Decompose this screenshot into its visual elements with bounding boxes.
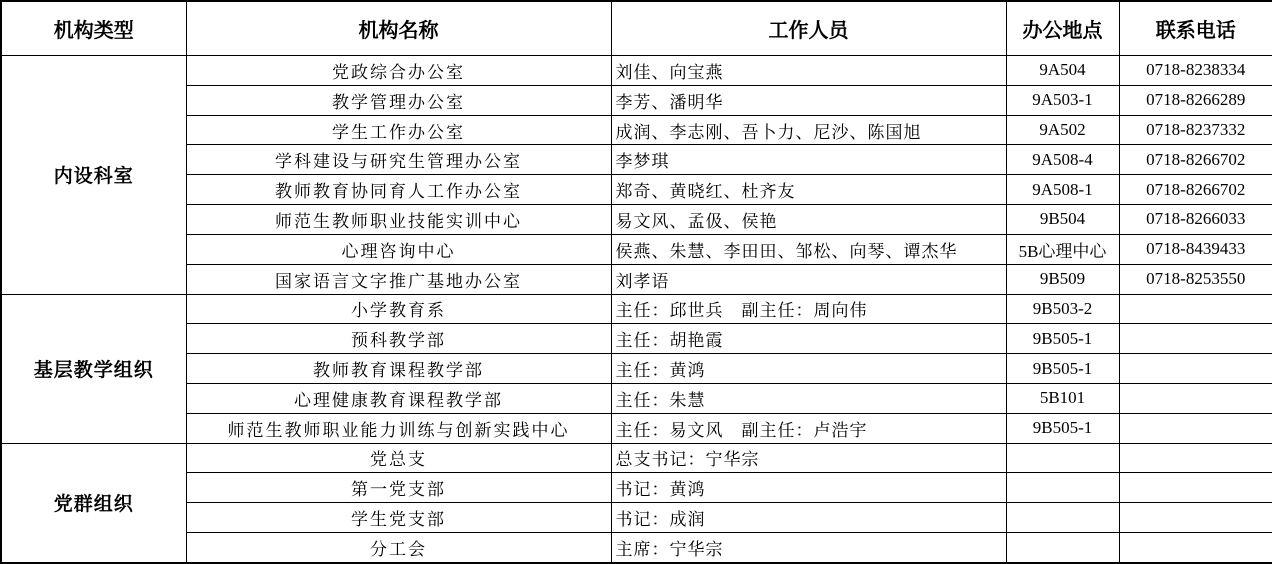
phone-cell: 0718-8238334 bbox=[1119, 56, 1272, 86]
table-row: 学生党支部 书记：成润 bbox=[1, 503, 1272, 533]
location-cell: 5B心理中心 bbox=[1006, 234, 1119, 264]
location-cell: 9B505-1 bbox=[1006, 413, 1119, 443]
table-row: 学科建设与研究生管理办公室 李梦琪 9A508-4 0718-8266702 bbox=[1, 145, 1272, 175]
phone-cell: 0718-8266702 bbox=[1119, 145, 1272, 175]
org-name-cell: 学科建设与研究生管理办公室 bbox=[186, 145, 611, 175]
staff-cell: 主席：宁华宗 bbox=[611, 533, 1006, 564]
location-cell: 9B503-2 bbox=[1006, 294, 1119, 324]
location-cell: 9A502 bbox=[1006, 115, 1119, 145]
location-cell: 5B101 bbox=[1006, 383, 1119, 413]
table-row: 党群组织 党总支 总支书记：宁华宗 bbox=[1, 443, 1272, 473]
phone-cell bbox=[1119, 324, 1272, 354]
org-name-cell: 师范生教师职业能力训练与创新实践中心 bbox=[186, 413, 611, 443]
table-row: 师范生教师职业技能实训中心 易文风、孟伋、侯艳 9B504 0718-82660… bbox=[1, 205, 1272, 235]
table-row: 国家语言文字推广基地办公室 刘孝语 9B509 0718-8253550 bbox=[1, 264, 1272, 294]
table-row: 分工会 主席：宁华宗 bbox=[1, 533, 1272, 564]
staff-cell: 易文风、孟伋、侯艳 bbox=[611, 205, 1006, 235]
location-cell bbox=[1006, 443, 1119, 473]
table-row: 心理咨询中心 侯燕、朱慧、李田田、邹松、向琴、谭杰华 5B心理中心 0718-8… bbox=[1, 234, 1272, 264]
table-row: 第一党支部 书记：黄鸿 bbox=[1, 473, 1272, 503]
org-name-cell: 预科教学部 bbox=[186, 324, 611, 354]
phone-cell bbox=[1119, 294, 1272, 324]
location-cell: 9B504 bbox=[1006, 205, 1119, 235]
location-cell: 9A508-1 bbox=[1006, 175, 1119, 205]
staff-cell: 李梦琪 bbox=[611, 145, 1006, 175]
location-cell bbox=[1006, 503, 1119, 533]
phone-cell bbox=[1119, 533, 1272, 564]
phone-cell: 0718-8237332 bbox=[1119, 115, 1272, 145]
group-label-party-orgs: 党群组织 bbox=[1, 443, 186, 563]
org-name-cell: 心理健康教育课程教学部 bbox=[186, 383, 611, 413]
phone-cell: 0718-8266033 bbox=[1119, 205, 1272, 235]
org-name-cell: 学生党支部 bbox=[186, 503, 611, 533]
staff-cell: 主任：邱世兵 副主任：周向伟 bbox=[611, 294, 1006, 324]
column-header-org-type: 机构类型 bbox=[1, 1, 186, 56]
table-row: 心理健康教育课程教学部 主任：朱慧 5B101 bbox=[1, 383, 1272, 413]
location-cell bbox=[1006, 473, 1119, 503]
phone-cell bbox=[1119, 413, 1272, 443]
phone-cell bbox=[1119, 354, 1272, 384]
staff-cell: 主任：黄鸿 bbox=[611, 354, 1006, 384]
phone-cell bbox=[1119, 443, 1272, 473]
org-name-cell: 党政综合办公室 bbox=[186, 56, 611, 86]
table-row: 教学管理办公室 李芳、潘明华 9A503-1 0718-8266289 bbox=[1, 85, 1272, 115]
org-name-cell: 党总支 bbox=[186, 443, 611, 473]
table-body: 内设科室 党政综合办公室 刘佳、向宝燕 9A504 0718-8238334 教… bbox=[1, 56, 1272, 564]
group-label-teaching-orgs: 基层教学组织 bbox=[1, 294, 186, 443]
table-row: 教师教育课程教学部 主任：黄鸿 9B505-1 bbox=[1, 354, 1272, 384]
org-name-cell: 教师教育协同育人工作办公室 bbox=[186, 175, 611, 205]
phone-cell: 0718-8266289 bbox=[1119, 85, 1272, 115]
org-name-cell: 教师教育课程教学部 bbox=[186, 354, 611, 384]
staff-cell: 刘孝语 bbox=[611, 264, 1006, 294]
location-cell: 9A508-4 bbox=[1006, 145, 1119, 175]
table-header: 机构类型 机构名称 工作人员 办公地点 联系电话 bbox=[1, 1, 1272, 56]
phone-cell: 0718-8253550 bbox=[1119, 264, 1272, 294]
phone-cell bbox=[1119, 503, 1272, 533]
table-row: 教师教育协同育人工作办公室 郑奇、黄晓红、杜齐友 9A508-1 0718-82… bbox=[1, 175, 1272, 205]
location-cell: 9A504 bbox=[1006, 56, 1119, 86]
column-header-phone: 联系电话 bbox=[1119, 1, 1272, 56]
column-header-staff: 工作人员 bbox=[611, 1, 1006, 56]
table-row: 学生工作办公室 成润、李志刚、吾卜力、尼沙、陈国旭 9A502 0718-823… bbox=[1, 115, 1272, 145]
table-row: 基层教学组织 小学教育系 主任：邱世兵 副主任：周向伟 9B503-2 bbox=[1, 294, 1272, 324]
table-row: 内设科室 党政综合办公室 刘佳、向宝燕 9A504 0718-8238334 bbox=[1, 56, 1272, 86]
location-cell: 9B505-1 bbox=[1006, 324, 1119, 354]
org-name-cell: 学生工作办公室 bbox=[186, 115, 611, 145]
org-name-cell: 师范生教师职业技能实训中心 bbox=[186, 205, 611, 235]
staff-cell: 侯燕、朱慧、李田田、邹松、向琴、谭杰华 bbox=[611, 234, 1006, 264]
location-cell: 9A503-1 bbox=[1006, 85, 1119, 115]
organization-table: 机构类型 机构名称 工作人员 办公地点 联系电话 内设科室 党政综合办公室 刘佳… bbox=[0, 0, 1272, 564]
location-cell: 9B505-1 bbox=[1006, 354, 1119, 384]
location-cell bbox=[1006, 533, 1119, 564]
group-label-internal-offices: 内设科室 bbox=[1, 56, 186, 295]
staff-cell: 成润、李志刚、吾卜力、尼沙、陈国旭 bbox=[611, 115, 1006, 145]
staff-cell: 李芳、潘明华 bbox=[611, 85, 1006, 115]
location-cell: 9B509 bbox=[1006, 264, 1119, 294]
staff-cell: 刘佳、向宝燕 bbox=[611, 56, 1006, 86]
staff-cell: 主任：胡艳霞 bbox=[611, 324, 1006, 354]
org-name-cell: 分工会 bbox=[186, 533, 611, 564]
column-header-location: 办公地点 bbox=[1006, 1, 1119, 56]
phone-cell: 0718-8439433 bbox=[1119, 234, 1272, 264]
org-name-cell: 心理咨询中心 bbox=[186, 234, 611, 264]
header-row: 机构类型 机构名称 工作人员 办公地点 联系电话 bbox=[1, 1, 1272, 56]
staff-cell: 书记：黄鸿 bbox=[611, 473, 1006, 503]
staff-cell: 总支书记：宁华宗 bbox=[611, 443, 1006, 473]
phone-cell bbox=[1119, 383, 1272, 413]
table-row: 预科教学部 主任：胡艳霞 9B505-1 bbox=[1, 324, 1272, 354]
org-name-cell: 国家语言文字推广基地办公室 bbox=[186, 264, 611, 294]
org-name-cell: 第一党支部 bbox=[186, 473, 611, 503]
staff-cell: 主任：易文风 副主任：卢浩宇 bbox=[611, 413, 1006, 443]
column-header-org-name: 机构名称 bbox=[186, 1, 611, 56]
staff-cell: 郑奇、黄晓红、杜齐友 bbox=[611, 175, 1006, 205]
org-name-cell: 小学教育系 bbox=[186, 294, 611, 324]
staff-cell: 主任：朱慧 bbox=[611, 383, 1006, 413]
phone-cell: 0718-8266702 bbox=[1119, 175, 1272, 205]
phone-cell bbox=[1119, 473, 1272, 503]
table-row: 师范生教师职业能力训练与创新实践中心 主任：易文风 副主任：卢浩宇 9B505-… bbox=[1, 413, 1272, 443]
staff-cell: 书记：成润 bbox=[611, 503, 1006, 533]
org-name-cell: 教学管理办公室 bbox=[186, 85, 611, 115]
